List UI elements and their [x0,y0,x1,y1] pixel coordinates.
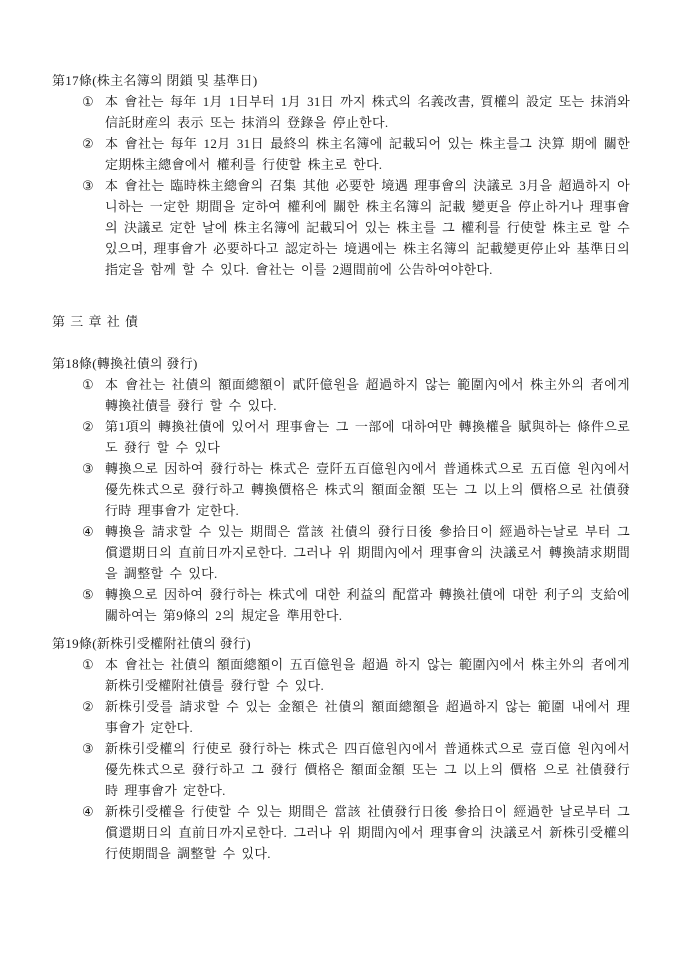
clause-17-2: ② 本 會社는 每年 12月 31日 最終의 株主名簿에 記載되어 있는 株主를… [82,133,630,175]
clause-number: ④ [82,801,105,864]
clause-17-3: ③ 本 會社는 臨時株主總會의 召集 其他 必要한 境遇 理事會의 決議로 3月… [82,175,630,280]
clause-text: 新株引受를 請求할 수 있는 金額은 社債의 額面總額을 超過하지 않는 範圍 … [105,696,630,738]
clause-text: 本 會社는 社債의 額面總額이 五百億원을 超過 하지 않는 範圍內에서 株主外… [105,654,630,696]
clause-number: ⑤ [82,584,105,626]
clause-text: 轉換을 請求할 수 있는 期間은 當該 社債의 發行日後 參拾日이 經過하는날로… [105,521,630,584]
clause-number: ② [82,133,105,175]
clause-number: ④ [82,521,105,584]
clause-number: ① [82,374,105,416]
clause-18-3: ③ 轉換으로 因하여 發行하는 株式은 壹阡五百億원內에서 普通株式으로 五百億… [82,458,630,521]
clause-text: 第1項의 轉換社債에 있어서 理事會는 그 一部에 대하여만 轉換權을 賦與하는… [105,416,630,458]
clause-number: ③ [82,458,105,521]
chapter-heading: 第 三 章 社 債 [52,311,630,332]
clause-18-4: ④ 轉換을 請求할 수 있는 期間은 當該 社債의 發行日後 參拾日이 經過하는… [82,521,630,584]
clause-19-3: ③ 新株引受權의 行使로 發行하는 株式은 四百億원內에서 普通株式으로 壹百億… [82,738,630,801]
article-19-title: 第19條(新株引受權附社債의 發行) [52,633,630,654]
clause-text: 新株引受權을 行使할 수 있는 期間은 當該 社債發行日後 參拾日이 經過한 날… [105,801,630,864]
article-18: 第18條(轉換社債의 發行) ① 本 會社는 社債의 額面總額이 貳阡億원을 超… [52,353,630,626]
clause-text: 新株引受權의 行使로 發行하는 株式은 四百億원內에서 普通株式으로 壹百億 원… [105,738,630,801]
document-page: 第17條(株主名簿의 閉鎖 및 基準日) ① 本 會社는 每年 1月 1日부터 … [0,0,680,962]
clause-text: 本 會社는 臨時株主總會의 召集 其他 必要한 境遇 理事會의 決議로 3月을 … [105,175,630,280]
clause-text: 本 會社는 每年 12月 31日 最終의 株主名簿에 記載되어 있는 株主를그 … [105,133,630,175]
clause-19-1: ① 本 會社는 社債의 額面總額이 五百億원을 超過 하지 않는 範圍內에서 株… [82,654,630,696]
clause-19-4: ④ 新株引受權을 行使할 수 있는 期間은 當該 社債發行日後 參拾日이 經過한… [82,801,630,864]
clause-18-1: ① 本 會社는 社債의 額面總額이 貳阡億원을 超過하지 않는 範圍內에서 株主… [82,374,630,416]
clause-17-1: ① 本 會社는 每年 1月 1日부터 1月 31日 까지 株式의 名義改書, 質… [82,91,630,133]
clause-text: 本 會社는 每年 1月 1日부터 1月 31日 까지 株式의 名義改書, 質權의… [105,91,630,133]
clause-18-5: ⑤ 轉換으로 因하여 發行하는 株式에 대한 利益의 配當과 轉換社債에 대한 … [82,584,630,626]
clause-18-2: ② 第1項의 轉換社債에 있어서 理事會는 그 一部에 대하여만 轉換權을 賦與… [82,416,630,458]
clause-19-2: ② 新株引受를 請求할 수 있는 金額은 社債의 額面總額을 超過하지 않는 範… [82,696,630,738]
clause-number: ③ [82,738,105,801]
clause-number: ② [82,696,105,738]
clause-text: 轉換으로 因하여 發行하는 株式은 壹阡五百億원內에서 普通株式으로 五百億 원… [105,458,630,521]
clause-text: 本 會社는 社債의 額面總額이 貳阡億원을 超過하지 않는 範圍內에서 株主外의… [105,374,630,416]
article-18-title: 第18條(轉換社債의 發行) [52,353,630,374]
clause-number: ③ [82,175,105,280]
document-body: 第17條(株主名簿의 閉鎖 및 基準日) ① 本 會社는 每年 1月 1日부터 … [52,70,630,864]
article-19: 第19條(新株引受權附社債의 發行) ① 本 會社는 社債의 額面總額이 五百億… [52,633,630,864]
clause-number: ② [82,416,105,458]
clause-number: ① [82,654,105,696]
clause-number: ① [82,91,105,133]
clause-text: 轉換으로 因하여 發行하는 株式에 대한 利益의 配當과 轉換社債에 대한 利子… [105,584,630,626]
article-17: 第17條(株主名簿의 閉鎖 및 基準日) ① 本 會社는 每年 1月 1日부터 … [52,70,630,280]
article-17-title: 第17條(株主名簿의 閉鎖 및 基準日) [52,70,630,91]
